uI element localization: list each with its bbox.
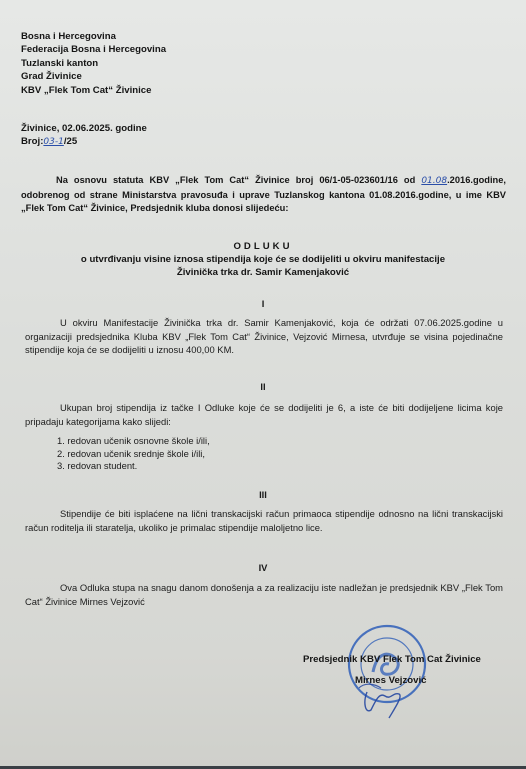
number-suffix: /25 bbox=[64, 136, 77, 147]
letterhead-line-federation: Federacija Bosna i Hercegovina bbox=[21, 43, 166, 56]
date-and-number: Živinice, 02.06.2025. godine Broj:03-1/2… bbox=[21, 122, 147, 150]
list-item: 1. redovan učenik osnovne škole i/ili, bbox=[57, 435, 210, 448]
place-date: Živinice, 02.06.2025. godine bbox=[21, 122, 147, 135]
number-handwritten: 03-1 bbox=[43, 137, 63, 147]
letterhead-line-country: Bosna i Hercegovina bbox=[21, 30, 166, 43]
section-numeral-3: III bbox=[0, 489, 526, 500]
signature-name: Mirnes Vejzović bbox=[355, 675, 426, 686]
preamble: Na osnovu statuta KBV „Flek Tom Cat“ Živ… bbox=[21, 174, 506, 216]
section-numeral-4: IV bbox=[0, 562, 526, 573]
letterhead-line-city: Grad Živinice bbox=[21, 70, 166, 83]
document-number: Broj:03-1/25 bbox=[21, 135, 147, 149]
title-event: Živinička trka dr. Samir Kamenjaković bbox=[0, 266, 526, 279]
decision-title: ODLUKU o utvrđivanju visine iznosa stipe… bbox=[0, 240, 526, 279]
section-1-text: U okviru Manifestacije Živinička trka dr… bbox=[25, 316, 503, 357]
signature-title: Predsjednik KBV Flek Tom Cat Živinice bbox=[303, 654, 481, 665]
list-item: 2. redovan učenik srednje škole i/ili, bbox=[57, 448, 210, 461]
list-item: 3. redovan student. bbox=[57, 460, 210, 473]
document-page: Bosna i Hercegovina Federacija Bosna i H… bbox=[0, 0, 526, 769]
section-2-text: Ukupan broj stipendija iz tačke I Odluke… bbox=[25, 401, 503, 428]
letterhead: Bosna i Hercegovina Federacija Bosna i H… bbox=[21, 30, 166, 97]
section-numeral-2: II bbox=[0, 381, 526, 392]
preamble-part1: Na osnovu statuta KBV „Flek Tom Cat“ Živ… bbox=[56, 175, 421, 185]
category-list: 1. redovan učenik osnovne škole i/ili, 2… bbox=[57, 435, 210, 473]
letterhead-line-canton: Tuzlanski kanton bbox=[21, 57, 166, 70]
section-numeral-1: I bbox=[0, 298, 526, 309]
title-subject: o utvrđivanju visine iznosa stipendija k… bbox=[0, 253, 526, 266]
letterhead-line-club: KBV „Flek Tom Cat“ Živinice bbox=[21, 84, 166, 97]
title-main: ODLUKU bbox=[0, 240, 526, 253]
number-prefix: Broj: bbox=[21, 136, 43, 147]
section-3-text: Stipendije će biti isplaćene na lični tr… bbox=[25, 507, 503, 534]
preamble-handwritten-date: 01.08 bbox=[421, 176, 447, 186]
section-4-text: Ova Odluka stupa na snagu danom donošenj… bbox=[25, 581, 503, 608]
